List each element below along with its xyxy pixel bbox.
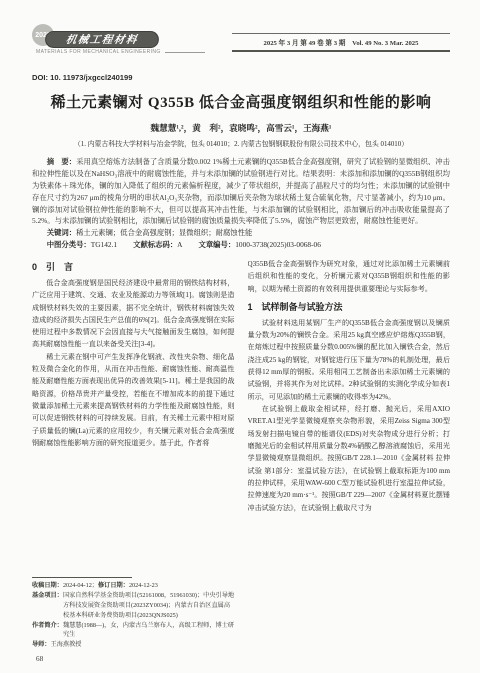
journal-logo-subtitle-text: MATERIALS FOR MECHANICAL ENGINEERING <box>36 49 161 55</box>
abstract-paragraph: 摘 要：采用真空熔炼方法制备了含质量分数0.002 1%稀土元素镧的Q355B低… <box>32 156 450 227</box>
abstract-text: 采用真空熔炼方法制备了含质量分数0.002 1%稀土元素镧的Q355B低合金高强… <box>32 157 450 225</box>
article-id-value: 1000-3738(2025)03-0068-06 <box>235 240 321 249</box>
received-date-value: 2024-04-12； <box>63 582 98 589</box>
author-bio-text: 魏慧慧(1988—)，女，内蒙古乌兰察布人，高级工程师，博士研究生 <box>63 622 234 639</box>
section-1-paragraph-1: 试验材料选用某钢厂生产的Q355B低合金高强度钢以及镧质量分数为20%的镧铁合金… <box>248 317 451 403</box>
right-column: Q355B低合金高强钢作为研究对象，通过对比添加稀土元素镧前后组织和性能的变化，… <box>248 258 451 663</box>
funding-label: 基金项目： <box>32 592 63 599</box>
footnote-author-bio: 作者简介：魏慧慧(1988—)，女，内蒙古乌兰察布人，高级工程师，博士研究生 <box>32 621 235 641</box>
clc-value: TG142.1 <box>91 240 117 249</box>
journal-logo: 2025 机械工程材料 MATERIALS FOR MECHANICAL ENG… <box>32 24 202 60</box>
doc-code-item: 文献标志码：A <box>133 240 182 249</box>
section-1-paragraph-2: 在试验钢上截取金相试样，经打磨、抛光后，采用AXIO VRET.A1型光学显微镜… <box>248 403 451 514</box>
two-column-body: 0 引 言 低合金高强度钢是国民经济建设中最常用的钢铁结构材料，广泛应用于建筑、… <box>32 258 450 663</box>
authors-line: 魏慧慧¹,²，黄 利²，袁晓鸣²，高雪云¹，王海燕¹ <box>32 122 450 134</box>
article-id-label: 文章编号： <box>198 240 235 249</box>
clc-item: 中图分类号：TG142.1 <box>47 240 117 249</box>
funding-text: 国家自然科学基金资助项目(52161008，51961030)；中央引导地方科技… <box>63 592 234 619</box>
footnote-divider <box>32 577 132 578</box>
affiliation-line: （1. 内蒙古科技大学材料与冶金学院，包头 014010；2. 内蒙古包钢钢联股… <box>32 138 450 148</box>
section-0-paragraph-1: 低合金高强度钢是国民经济建设中最常用的钢铁结构材料，广泛应用于建筑、交通、农业及… <box>32 277 235 351</box>
keywords-line: 关键词：稀土元素镧；低合金高强度钢；显微组织；耐腐蚀性能 <box>32 227 450 239</box>
footnote-advisor: 导师：王海燕教授 <box>32 640 235 650</box>
section-0-paragraph-3: Q355B低合金高强钢作为研究对象，通过对比添加稀土元素镧前后组织和性能的变化，… <box>248 258 451 295</box>
journal-page: 2025 机械工程材料 MATERIALS FOR MECHANICAL ENG… <box>0 0 480 673</box>
abstract-label: 摘 要： <box>47 157 77 166</box>
footnote-dates: 收稿日期：2024-04-12；修订日期：2024-12-23 <box>32 581 235 591</box>
doc-code-label: 文献标志码： <box>133 240 177 249</box>
article-id-item: 文章编号：1000-3738(2025)03-0068-06 <box>198 240 320 249</box>
revised-date-label: 修订日期： <box>98 582 129 589</box>
page-header: 2025 机械工程材料 MATERIALS FOR MECHANICAL ENG… <box>32 24 450 62</box>
doi-line: DOI: 10. 11973/jxgccl240199 <box>32 73 450 82</box>
footnote-funding: 基金项目：国家自然科学基金资助项目(52161008，51961030)；中央引… <box>32 591 235 620</box>
section-1-heading: 1 试样制备与试验方法 <box>248 300 451 313</box>
logo-rule <box>165 52 205 53</box>
author-bio-label: 作者简介： <box>32 622 63 629</box>
advisor-label: 导师： <box>32 641 51 648</box>
classification-line: 中图分类号：TG142.1文献标志码：A文章编号：1000-3738(2025)… <box>32 239 450 251</box>
section-0-heading: 0 引 言 <box>32 260 235 273</box>
doc-code-value: A <box>177 240 182 249</box>
advisor-text: 王海燕教授 <box>51 641 82 648</box>
journal-logo-subtitle: MATERIALS FOR MECHANICAL ENGINEERING <box>36 49 205 55</box>
keywords-text: 稀土元素镧；低合金高强度钢；显微组织；耐腐蚀性能 <box>76 228 252 237</box>
section-0-paragraph-2: 稀土元素在钢中可产生发挥净化钢液、改性夹杂物、细化晶粒及微合金化的作用，从而在冲… <box>32 351 235 450</box>
page-number: 68 <box>36 655 235 663</box>
revised-date-value: 2024-12-23 <box>129 582 158 589</box>
article-title: 稀土元素镧对 Q355B 低合金高强度钢组织和性能的影响 <box>32 91 450 112</box>
keywords-label: 关键词： <box>47 228 76 237</box>
received-date-label: 收稿日期： <box>32 582 63 589</box>
left-column: 0 引 言 低合金高强度钢是国民经济建设中最常用的钢铁结构材料，广泛应用于建筑、… <box>32 258 235 663</box>
footnote-block: 收稿日期：2024-04-12；修订日期：2024-12-23 基金项目：国家自… <box>32 577 235 650</box>
journal-logo-banner: 机械工程材料 <box>44 31 161 48</box>
clc-label: 中图分类号： <box>47 240 91 249</box>
issue-info: 2025 年 3 月 第 49 卷 第 3 期 Vol. 49 No. 3 Ma… <box>232 33 450 52</box>
